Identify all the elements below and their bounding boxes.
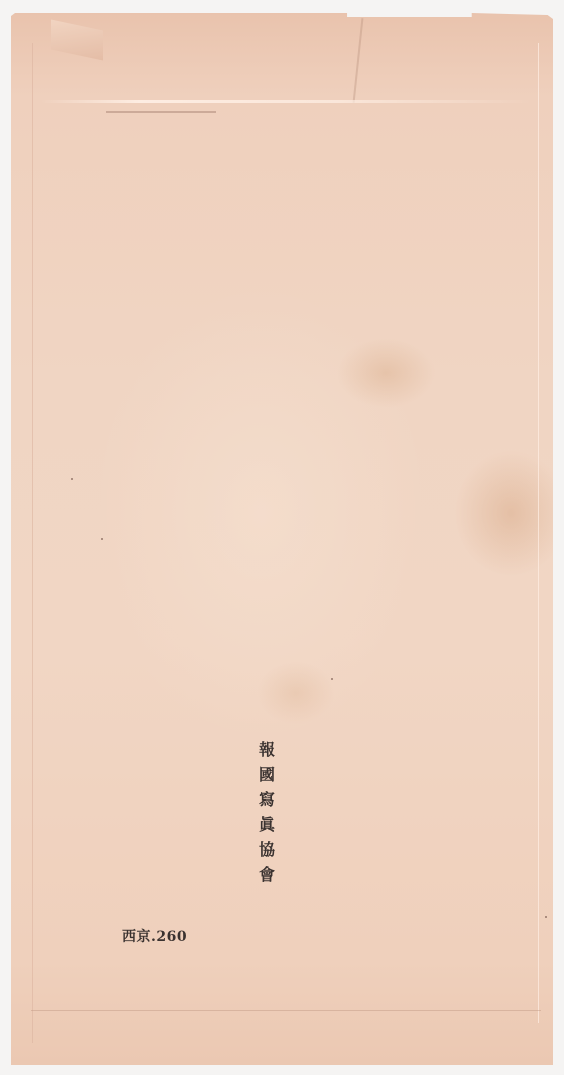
paper-speck bbox=[545, 916, 547, 918]
paper-speck bbox=[71, 478, 73, 480]
publisher-char: 會 bbox=[259, 865, 275, 885]
scanned-envelope: 報 國 寫 眞 協 會 西京.260 bbox=[0, 0, 564, 1075]
left-seam bbox=[32, 43, 33, 1043]
publisher-char: 報 bbox=[259, 740, 275, 760]
publisher-char: 協 bbox=[259, 840, 275, 860]
envelope-paper: 報 國 寫 眞 協 會 西京.260 bbox=[11, 13, 553, 1065]
publisher-name-vertical: 報 國 寫 眞 協 會 bbox=[256, 740, 278, 885]
paper-speck bbox=[101, 538, 103, 540]
publisher-char: 國 bbox=[259, 765, 275, 785]
publisher-char: 寫 bbox=[259, 790, 275, 810]
catalog-code: 西京.260 bbox=[122, 926, 187, 946]
flap-fold-line bbox=[41, 100, 531, 103]
tear-crease bbox=[353, 18, 364, 103]
publisher-char: 眞 bbox=[259, 815, 275, 835]
flap-crease-shadow bbox=[106, 111, 216, 113]
paper-speck bbox=[331, 678, 333, 680]
bottom-fold-line bbox=[31, 1010, 541, 1011]
right-seam bbox=[538, 43, 539, 1023]
torn-corner bbox=[51, 19, 103, 60]
